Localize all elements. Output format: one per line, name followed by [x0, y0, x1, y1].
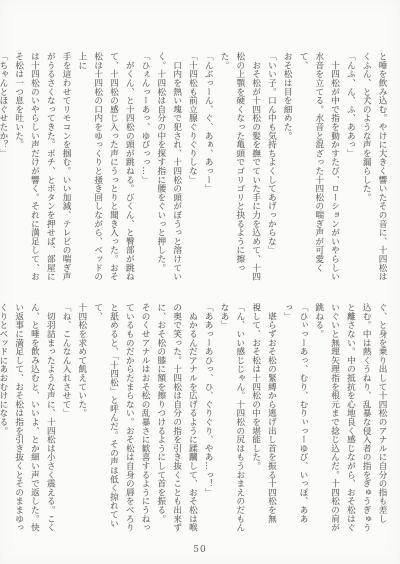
- text-line: そ松は一つ息を吐いた。: [10, 52, 26, 285]
- text-line: 「十四松も前立腺ぐりぐりしな」: [184, 52, 200, 285]
- text-line: い返事に満足して、おそ松は指を引き抜くとそのままゆっ: [10, 303, 26, 536]
- text-line: と舐めると、「十四松」と呼んだ。その声は低く掠れていて、: [89, 303, 121, 536]
- text-line: おそ松は目を細めた。: [278, 52, 294, 285]
- text-line: 堪らずおそ松の緊縛から逃げ出し首を振る十四松を無: [263, 303, 279, 536]
- text-line: 「いい子。口ん中も気持ちよくしてあげっからな」: [263, 52, 279, 285]
- text-line: なあ」: [215, 303, 231, 536]
- text-line: 「ひぇんっーあっ、ゆびっっ…」: [136, 52, 152, 285]
- text-line: がうるさくなってきた。ポチ、とボタンを押せば、部屋に: [41, 52, 57, 285]
- text-line: に、おそ松の膝に額を擦りつけるようにして首を振る。: [152, 303, 168, 536]
- text-line: く。十四松は自分の中を探す指に腰をぐいっと押した。: [152, 52, 168, 285]
- text-line: がくん、と十四松の頭が跳ねる。びくん、と臀部が跳ね: [120, 52, 136, 285]
- text-line: 込む。中は熱くうねり、乱暴な侵入者の指をぎゅうぎゅう: [357, 303, 373, 536]
- text-line: 跳ねる。: [310, 303, 326, 536]
- text-line: と唾を飲み込む。やけに大きく響いたその音に、十四松は: [373, 52, 389, 285]
- text-line: 口内を熱い塊で犯され、十四松の頭がぼうっと溶けてい: [168, 52, 184, 285]
- text-line: 松の上顎を硬くなった亀頭でゴリゴリと抉るように擦った。: [215, 52, 247, 285]
- text-line: おそ松が十四松の髪を撫でていた手に力を込めて、十四: [247, 52, 263, 285]
- text-line: 「ん、いい感じじゃん。十四松の尻はもうおまえのだもん: [231, 303, 247, 536]
- text-line: 「ね、こんなん入れさせて」: [57, 303, 73, 536]
- text-line: 「ひぃっーあっ、むり、むりぃっーゆび、いっぽ、ああっ」: [278, 303, 310, 536]
- text-line: 手を這わせてリモコンを掴む。いい加減、テレビの喘ぎ声: [57, 52, 73, 285]
- text-line: 「んぶっーん、ぐ、あぁ、あっー」: [199, 52, 215, 285]
- text-line: 水音を立てる。水音と混ざった十四松の喘ぎ声が可愛くて、: [294, 52, 326, 285]
- text-line: て、十四松の感じ入った声にうっとりと聞き入った。おそ: [105, 52, 121, 285]
- text-line: ん、と唾を飲み込むと、いいよ、とか細い声で返した。快: [26, 303, 42, 536]
- text-line: 十四松が中で指を動かすたび、ローションがいやらしい: [326, 52, 342, 285]
- text-block-top: と唾を飲み込む。やけに大きく響いたその音に、十四松はくふん、と犬のような声を漏ら…: [23, 52, 389, 285]
- text-line: 視して、おそ松は十四松の中を堪能した。: [247, 303, 263, 536]
- text-line: そのくせアナルはおそ松の乱暴さに歓喜するようにうねっ: [136, 303, 152, 536]
- text-line: 「ああっーあひっ、ひ、ぐりぐり、やあ…っ！」: [199, 303, 215, 536]
- text-block-bottom: ぐ、と身を乗り出して十四松のアナルに自分の指も差し込む。中は熱くうねり、乱暴な侵…: [23, 303, 389, 536]
- text-line: の奥で笑った。十四松は自分の指を引き抜くことも出来ず: [168, 303, 184, 536]
- text-line: 十四松を求めて飢えていた。: [73, 303, 89, 536]
- text-line: くりとベッドにあおむけになる。: [0, 303, 10, 536]
- scanned-novel-page: と唾を飲み込む。やけに大きく響いたその音に、十四松はくふん、と犬のような声を漏ら…: [0, 0, 400, 564]
- text-line: ているものだからたまらない。おそ松は自身の唇をべろり: [120, 303, 136, 536]
- text-line: 「ちゃんとほぐせたか？」: [0, 52, 10, 285]
- text-line: くふん、と犬のような声を漏らした。: [357, 52, 373, 285]
- text-line: ぐ、と身を乗り出して十四松のアナルに自分の指も差し: [373, 303, 389, 536]
- text-line: 「んふ、ん、ふ、ああっ」: [342, 52, 358, 285]
- text-line: ぬかるんだアナルを広げるように蹂躙して、おそ松は喉: [184, 303, 200, 536]
- text-line: は十四松のいやらしい声だけが響く。それに満足して、お: [26, 52, 42, 285]
- text-line: いぐいと無理矢理指を根元まで捻じ込んだ。十四松の肩が: [326, 303, 342, 536]
- text-line: 松は十四松の口内をゆっくりと掻き回しながら、ベッドの上に: [73, 52, 105, 285]
- text-line: と離さない。中の抵抗を心地良く感じながら、おそ松はぐ: [342, 303, 358, 536]
- page-number: 50: [0, 545, 400, 555]
- text-line: 切羽詰まったような声に、十四松は小さく震える。こく: [41, 303, 57, 536]
